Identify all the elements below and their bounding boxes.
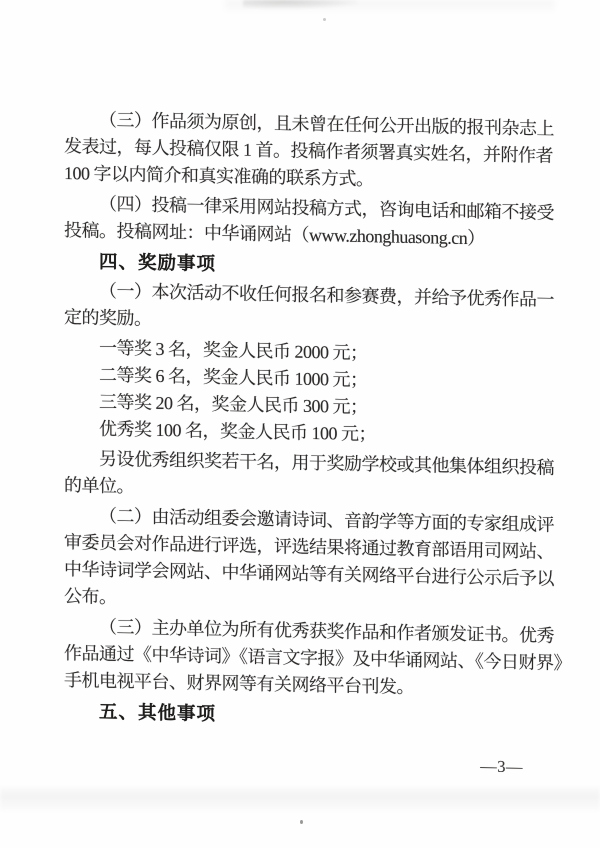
paragraph: （三）作品须为原创，且未曾在任何公开出版的报刊杂志上发表过，每人投稿仅限 1 首…: [64, 106, 542, 197]
paragraph: （一）本次活动不收任何报名和参赛费，并给予优秀作品一定的奖励。: [64, 277, 542, 341]
paragraph: （四）投稿一律采用网站投稿方式，咨询电话和邮箱不接受投稿。投稿网址：中华诵网站（…: [64, 190, 542, 254]
section-heading: 五、其他事项: [64, 697, 542, 734]
paragraph: （二）由活动组委会邀请诗词、音韵学等方面的专家组成评审委员会对作品进行评选，评选…: [64, 502, 542, 620]
scan-speck-artifact: [300, 820, 303, 824]
paragraph: 一等奖 3 名，奖金人民币 2000 元；二等奖 6 名，奖金人民币 1000 …: [64, 334, 542, 452]
paragraph: 另设优秀组织奖若干名，用于奖励学校或其他集体组织投稿的单位。: [64, 445, 542, 509]
scan-speck-artifact: [323, 18, 326, 21]
document-page: （三）作品须为原创，且未曾在任何公开出版的报刊杂志上发表过，每人投稿仅限 1 首…: [0, 0, 600, 848]
scan-haze-artifact: [225, 0, 555, 14]
document-text: （三）作品须为原创，且未曾在任何公开出版的报刊杂志上发表过，每人投稿仅限 1 首…: [64, 106, 542, 734]
scan-smudge-artifact: [243, 0, 358, 9]
page-number: —3—: [480, 756, 523, 777]
section: 五、其他事项: [64, 697, 542, 734]
scan-band-artifact: [0, 787, 600, 811]
paragraph: （三）主办单位为所有优秀获奖作品和作者颁发证书。优秀作品通过《中华诗词》《语言文…: [64, 613, 542, 704]
document-body: （三）作品须为原创，且未曾在任何公开出版的报刊杂志上发表过，每人投稿仅限 1 首…: [64, 106, 542, 734]
